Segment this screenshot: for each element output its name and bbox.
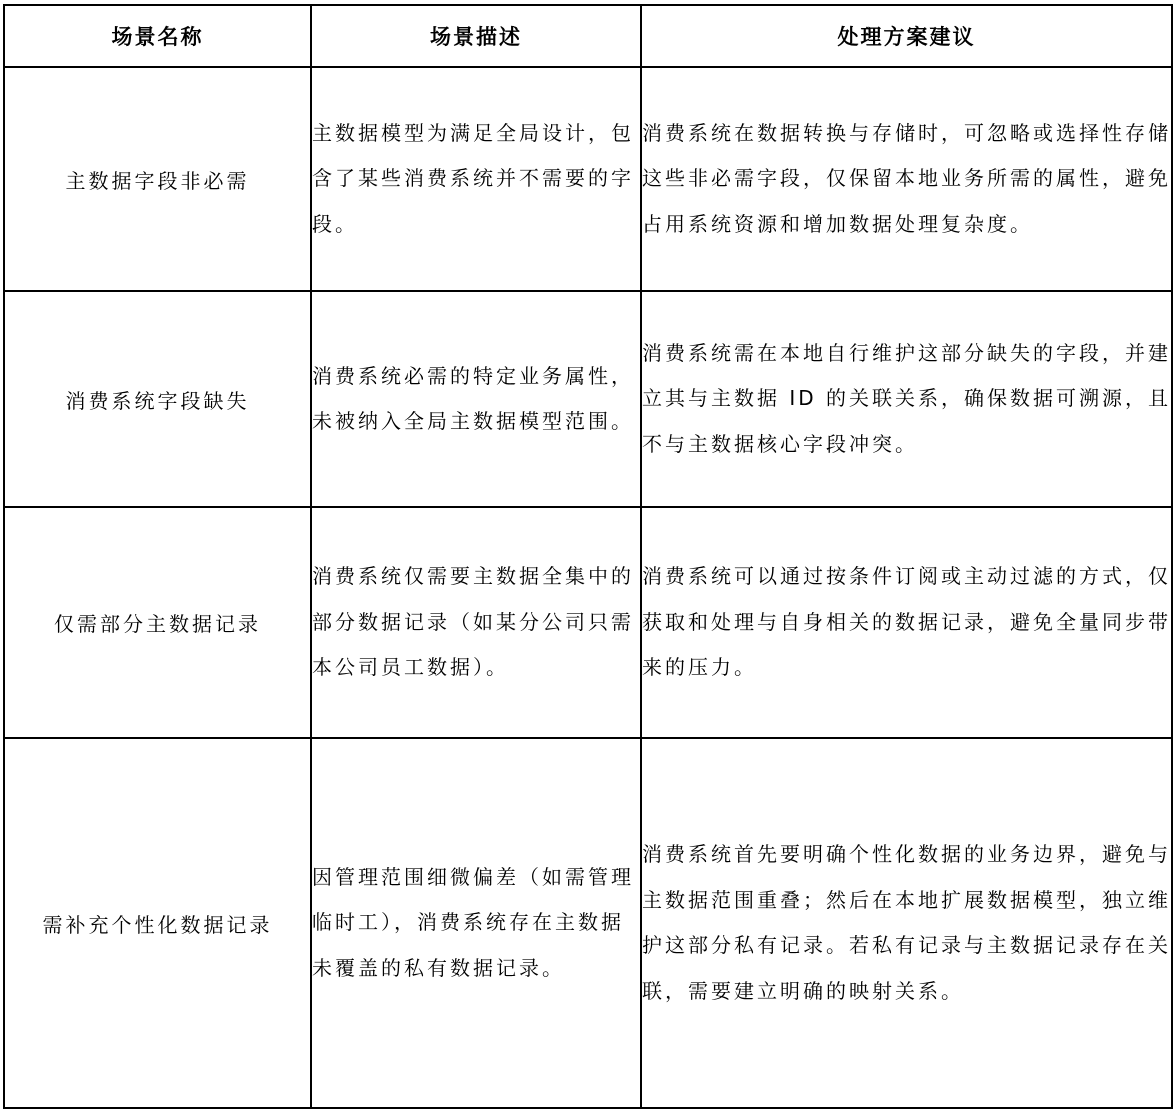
header-scenario-description: 场景描述 — [311, 5, 641, 67]
table-row: 需补充个性化数据记录 因管理范围细微偏差（如需管理临时工），消费系统存在主数据未… — [4, 738, 1172, 1108]
scenario-table: 场景名称 场景描述 处理方案建议 主数据字段非必需 主数据模型为满足全局设计，包… — [3, 4, 1173, 1109]
scenario-description-cell: 因管理范围细微偏差（如需管理临时工），消费系统存在主数据未覆盖的私有数据记录。 — [311, 738, 641, 1108]
handling-suggestion-cell: 消费系统在数据转换与存储时，可忽略或选择性存储这些非必需字段，仅保留本地业务所需… — [641, 67, 1172, 291]
scenario-description-cell: 主数据模型为满足全局设计，包含了某些消费系统并不需要的字段。 — [311, 67, 641, 291]
scenario-description-cell: 消费系统仅需要主数据全集中的部分数据记录（如某分公司只需本公司员工数据）。 — [311, 507, 641, 738]
table-row: 主数据字段非必需 主数据模型为满足全局设计，包含了某些消费系统并不需要的字段。 … — [4, 67, 1172, 291]
table-row: 消费系统字段缺失 消费系统必需的特定业务属性，未被纳入全局主数据模型范围。 消费… — [4, 291, 1172, 507]
scenario-name-cell: 消费系统字段缺失 — [4, 291, 311, 507]
scenario-name-cell: 仅需部分主数据记录 — [4, 507, 311, 738]
scenario-name-cell: 需补充个性化数据记录 — [4, 738, 311, 1108]
header-scenario-name: 场景名称 — [4, 5, 311, 67]
table-header-row: 场景名称 场景描述 处理方案建议 — [4, 5, 1172, 67]
table-row: 仅需部分主数据记录 消费系统仅需要主数据全集中的部分数据记录（如某分公司只需本公… — [4, 507, 1172, 738]
handling-suggestion-cell: 消费系统可以通过按条件订阅或主动过滤的方式，仅获取和处理与自身相关的数据记录，避… — [641, 507, 1172, 738]
scenario-name-cell: 主数据字段非必需 — [4, 67, 311, 291]
handling-suggestion-cell: 消费系统需在本地自行维护这部分缺失的字段，并建立其与主数据 ID 的关联关系，确… — [641, 291, 1172, 507]
header-handling-suggestion: 处理方案建议 — [641, 5, 1172, 67]
handling-suggestion-cell: 消费系统首先要明确个性化数据的业务边界，避免与主数据范围重叠；然后在本地扩展数据… — [641, 738, 1172, 1108]
scenario-description-cell: 消费系统必需的特定业务属性，未被纳入全局主数据模型范围。 — [311, 291, 641, 507]
